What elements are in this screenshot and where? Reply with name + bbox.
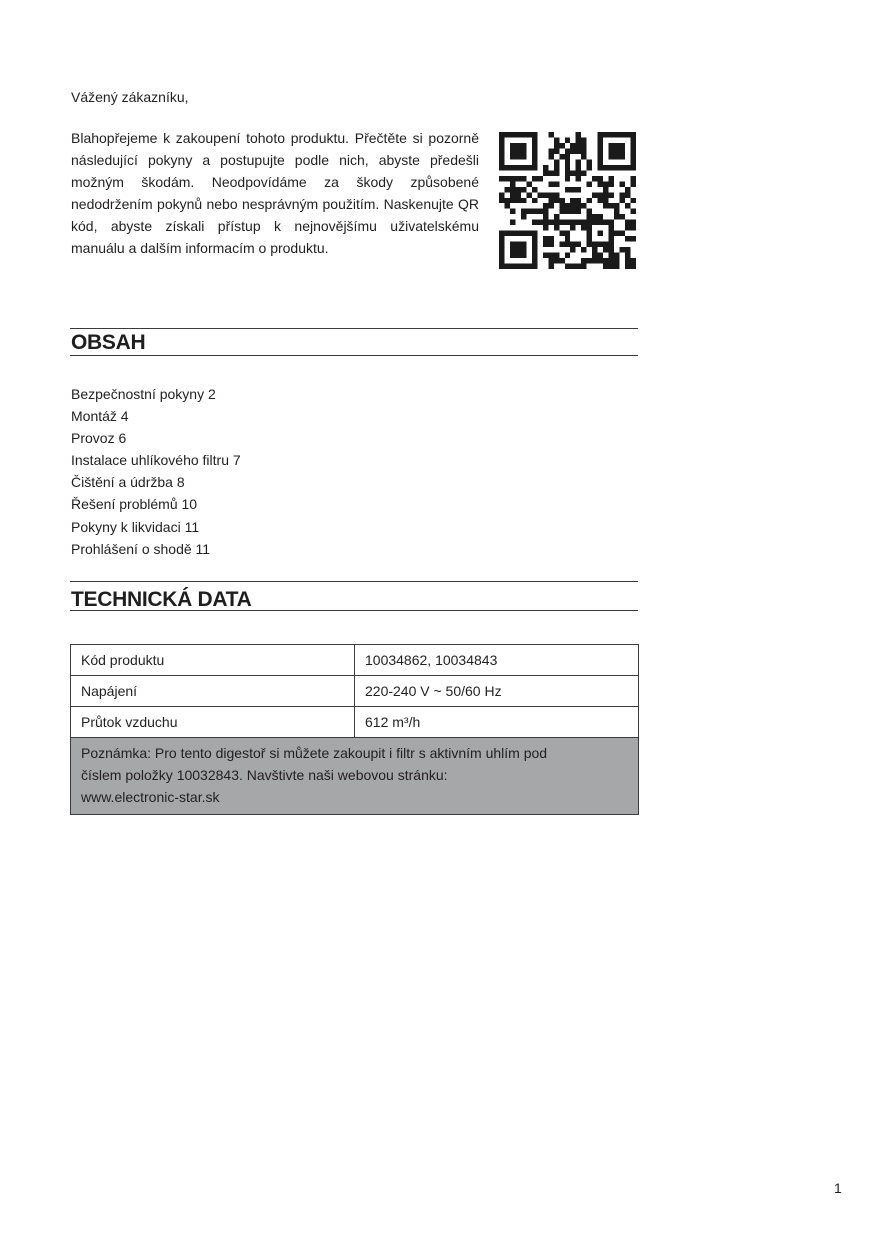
toc-item: Řešení problémů 10 (71, 493, 241, 515)
row-label: Průtok vzduchu (71, 707, 355, 738)
qr-code-icon (499, 132, 636, 269)
contents-bottom-rule (70, 355, 638, 356)
technical-bottom-rule (70, 610, 638, 611)
website-link: www.electronic-star.sk (81, 786, 628, 808)
technical-heading: TECHNICKÁ DATA (71, 588, 252, 612)
note-cell: Poznámka: Pro tento digestoř si můžete z… (71, 738, 639, 815)
technical-data-table: Kód produktu 10034862, 10034843 Napájení… (70, 644, 639, 815)
technical-top-rule (70, 581, 638, 582)
toc-item: Čištění a údržba 8 (71, 471, 241, 493)
toc-item: Montáž 4 (71, 405, 241, 427)
table-of-contents: Bezpečnostní pokyny 2 Montáž 4 Provoz 6 … (71, 383, 241, 560)
table-row: Kód produktu 10034862, 10034843 (71, 645, 639, 676)
toc-item: Provoz 6 (71, 427, 241, 449)
row-label: Kód produktu (71, 645, 355, 676)
row-label: Napájení (71, 676, 355, 707)
row-value: 10034862, 10034843 (355, 645, 639, 676)
toc-item: Bezpečnostní pokyny 2 (71, 383, 241, 405)
note-line: číslem položky 10032843. Navštivte naši … (81, 764, 628, 786)
toc-item: Pokyny k likvidaci 11 (71, 516, 241, 538)
toc-item: Prohlášení o shodě 11 (71, 538, 241, 560)
table-row: Napájení 220-240 V ~ 50/60 Hz (71, 676, 639, 707)
page-number: 1 (834, 1180, 842, 1196)
row-value: 612 m³/h (355, 707, 639, 738)
note-line: Poznámka: Pro tento digestoř si můžete z… (81, 742, 628, 764)
contents-top-rule (70, 328, 638, 329)
row-value: 220-240 V ~ 50/60 Hz (355, 676, 639, 707)
table-row: Poznámka: Pro tento digestoř si můžete z… (71, 738, 639, 815)
toc-item: Instalace uhlíkového filtru 7 (71, 449, 241, 471)
greeting: Vážený zákazníku, (71, 87, 189, 107)
table-row: Průtok vzduchu 612 m³/h (71, 707, 639, 738)
contents-heading: OBSAH (71, 331, 145, 355)
intro-paragraph: Blahopřejeme k zakoupení tohoto produktu… (71, 127, 479, 260)
